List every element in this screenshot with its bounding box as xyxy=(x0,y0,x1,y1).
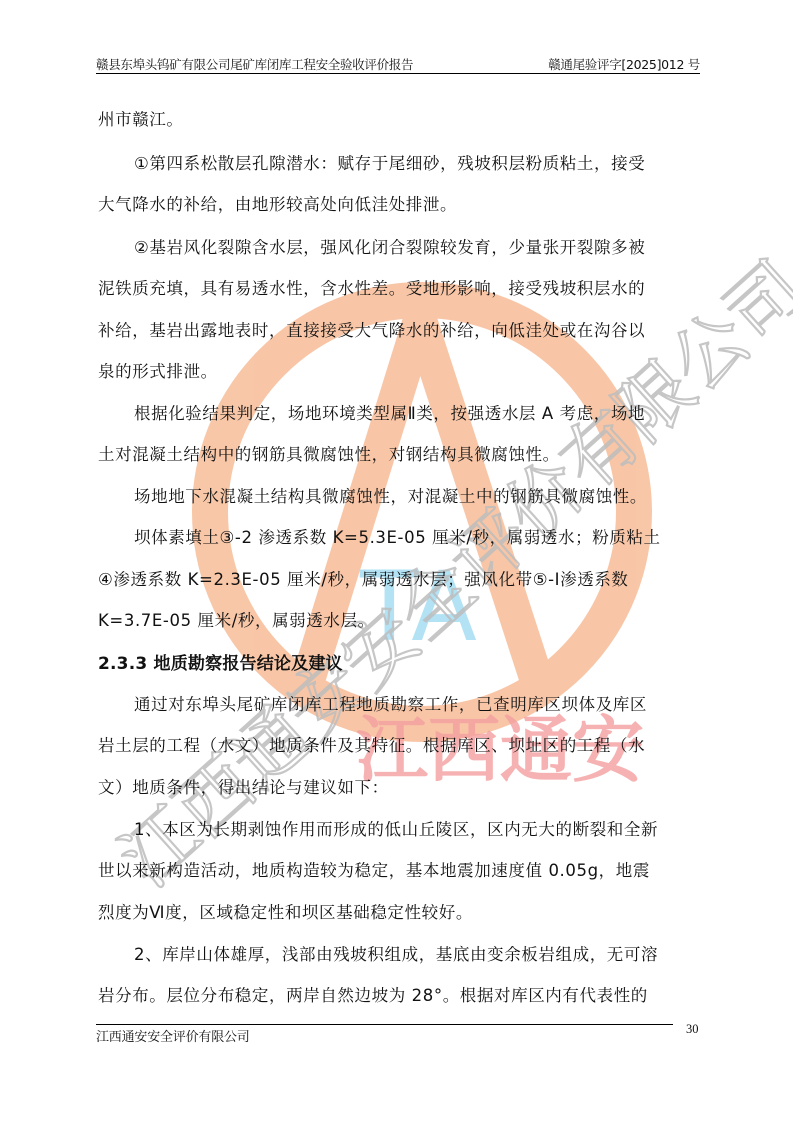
paragraph-line: 2、库岸山体雄厚，浅部由残坡积组成，基底由变余板岩组成，无可溶 xyxy=(134,941,658,965)
page-number: 30 xyxy=(686,1022,699,1037)
paragraph-line: 世以来新构造活动，地质构造较为稳定，基本地震加速度值 0.05g，地震 xyxy=(98,857,650,881)
paragraph-line: 通过对东埠头尾矿库闭库工程地质勘察工作，已查明库区坝体及库区 xyxy=(134,691,647,715)
paragraph-line: 州市赣江。 xyxy=(98,106,184,130)
footer-divider xyxy=(96,1024,673,1025)
paragraph-line: 泉的形式排泄。 xyxy=(98,358,218,382)
paragraph-line: 坝体素填土③-2 渗透系数 K=5.3E-05 厘米/秒，属弱透水；粉质粘土 xyxy=(134,524,661,548)
paragraph-line: ④渗透系数 K=2.3E-05 厘米/秒，属弱透水层；强风化带⑤-Ⅰ渗透系数 xyxy=(98,566,629,590)
document-number: 赣通尾验评字[2025]012 号 xyxy=(548,55,700,73)
paragraph-line: 岩分布。层位分布稳定，两岸自然边坡为 28°。根据对库区内有代表性的 xyxy=(98,982,648,1006)
paragraph-line: 根据化验结果判定，场地环境类型属Ⅱ类，按强透水层 A 考虑，场地 xyxy=(134,400,645,424)
paragraph-line: 场地地下水混凝土结构具微腐蚀性，对混凝土中的钢筋具微腐蚀性。 xyxy=(134,483,647,507)
paragraph-line: 岩土层的工程（水文）地质条件及其特征。根据库区、坝址区的工程（水 xyxy=(98,732,645,756)
page-header: 赣县东埠头钨矿有限公司尾矿库闭库工程安全验收评价报告 赣通尾验评字[2025]0… xyxy=(96,52,700,72)
paragraph-line: ①第四系松散层孔隙潜水：赋存于尾细砂，残坡积层粉质粘土，接受 xyxy=(134,150,645,174)
paragraph-line: 烈度为Ⅵ度，区域稳定性和坝区基础稳定性较好。 xyxy=(98,899,473,923)
section-heading: 2.3.3 地质勘察报告结论及建议 xyxy=(98,649,343,674)
paragraph-line: 泥铁质充填，具有易透水性，含水性差。受地形影响，接受残坡积层水的 xyxy=(98,275,645,299)
paragraph-line: 大气降水的补给，由地形较高处向低洼处排泄。 xyxy=(98,191,457,215)
paragraph-line: 补给，基岩出露地表时，直接接受大气降水的补给，向低洼处或在沟谷以 xyxy=(98,317,645,341)
header-divider xyxy=(96,73,700,74)
footer-company: 江西通安安全评价有限公司 xyxy=(96,1026,250,1045)
paragraph-line: 土对混凝土结构中的钢筋具微腐蚀性，对钢结构具微腐蚀性。 xyxy=(98,441,560,465)
report-title: 赣县东埠头钨矿有限公司尾矿库闭库工程安全验收评价报告 xyxy=(96,55,413,73)
paragraph-line: 文）地质条件，得出结论与建议如下： xyxy=(98,774,389,798)
paragraph-line: K=3.7E-05 厘米/秒，属弱透水层。 xyxy=(98,607,375,631)
paragraph-line: 1、本区为长期剥蚀作用而形成的低山丘陵区，区内无大的断裂和全新 xyxy=(134,816,658,840)
paragraph-line: ②基岩风化裂隙含水层，强风化闭合裂隙较发育，少量张开裂隙多被 xyxy=(134,234,645,258)
